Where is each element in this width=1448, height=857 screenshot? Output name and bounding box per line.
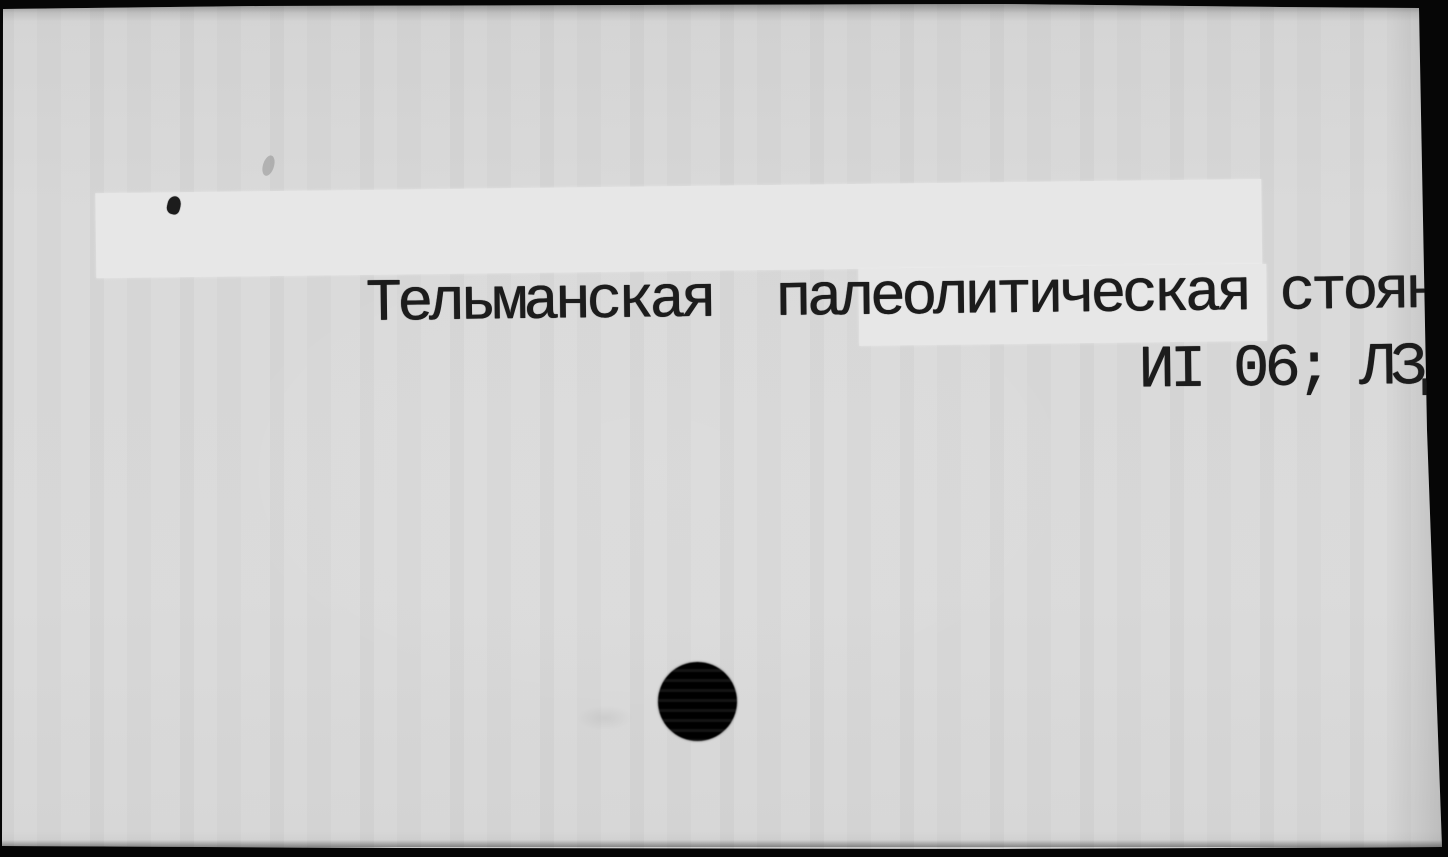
punch-hole-dot bbox=[658, 662, 737, 741]
ink-speck bbox=[260, 154, 277, 177]
scanned-card-photo: Тельманская палеолитическая стоянка ИІ 0… bbox=[0, 0, 1448, 857]
catalog-card: Тельманская палеолитическая стоянка ИІ 0… bbox=[0, 0, 1448, 857]
code-text: ИІ 06; ЛЗДон bbox=[1138, 333, 1448, 406]
code-line: ИІ 06; ЛЗДон bbox=[885, 277, 1448, 465]
bottom-edge-shadow bbox=[0, 840, 1448, 847]
